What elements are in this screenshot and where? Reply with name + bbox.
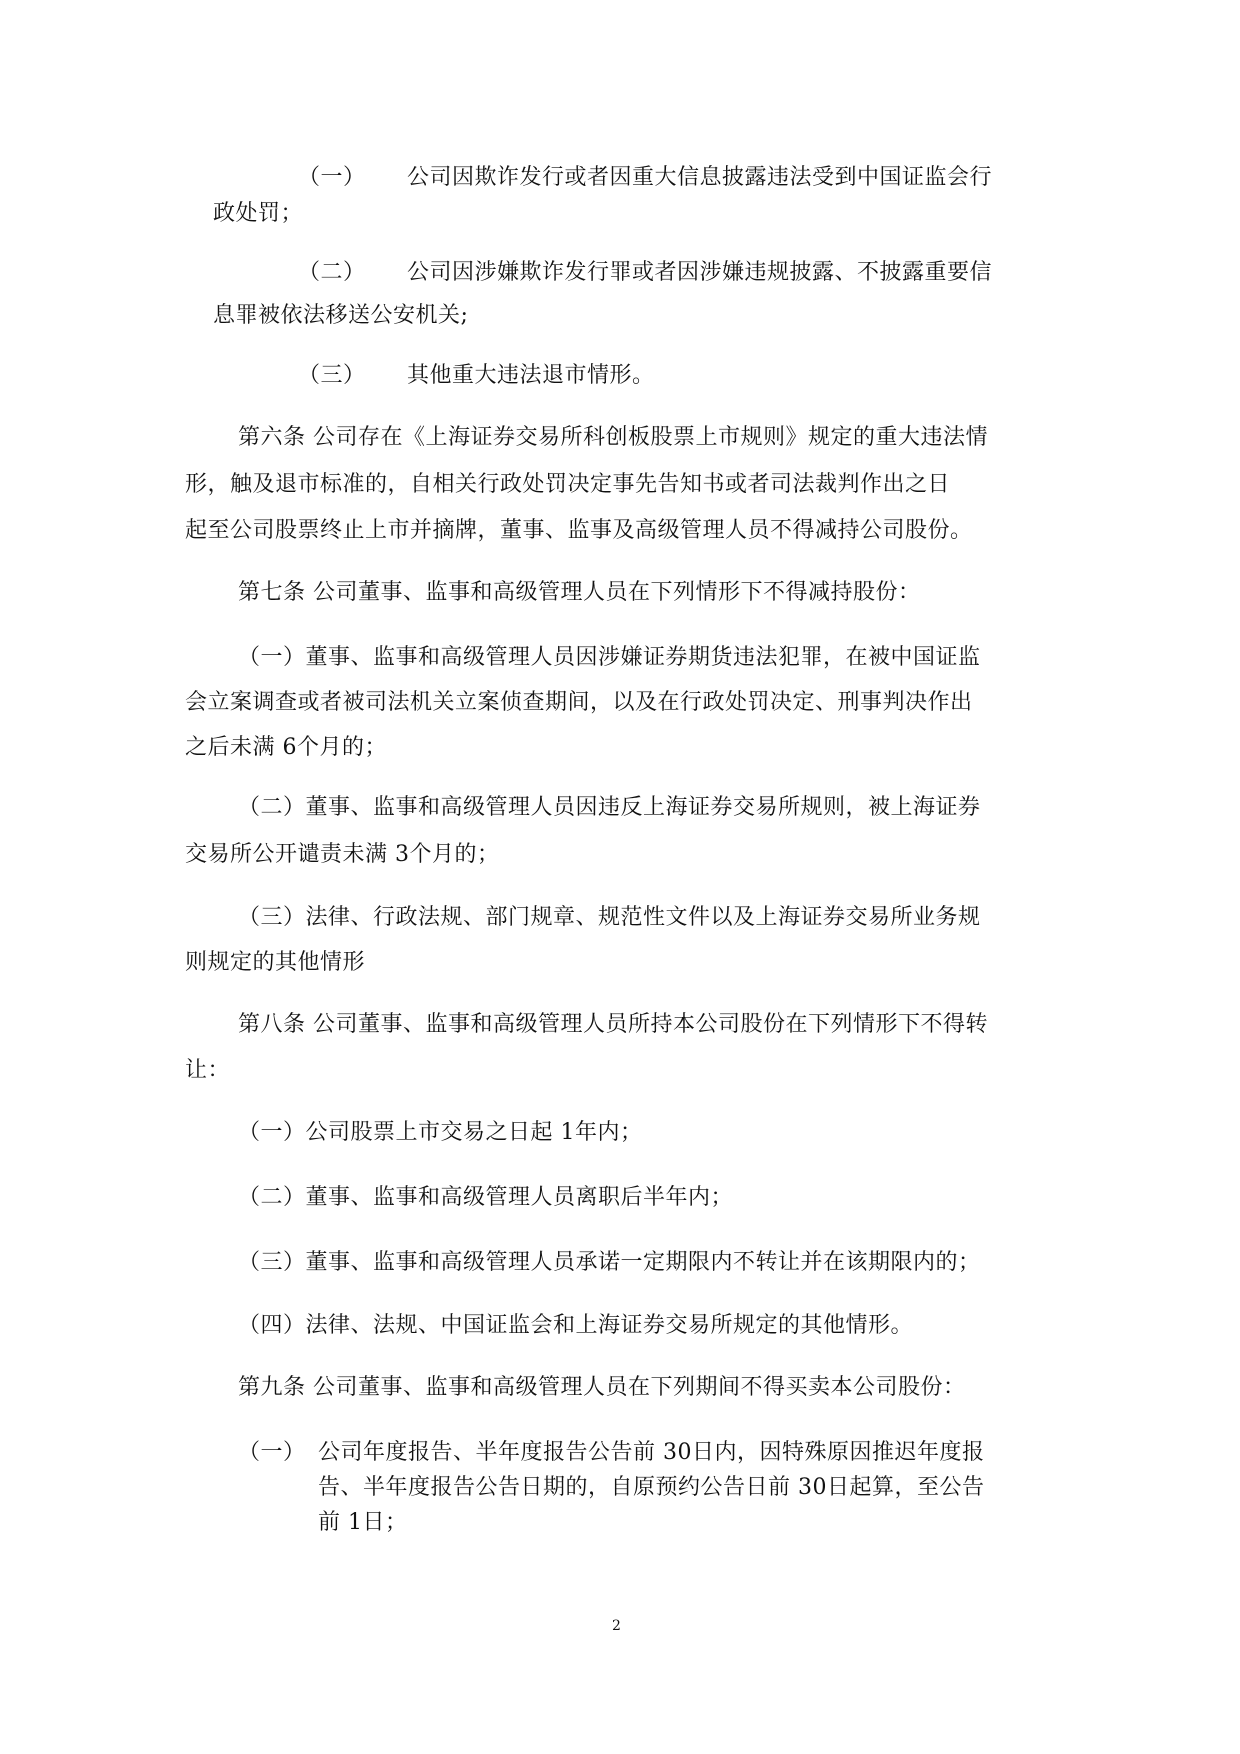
text-line: 之后未满 6个月的；	[185, 735, 387, 761]
text-line: 会立案调查或者被司法机关立案侦查期间，以及在行政处罚决定、刑事判决作出	[185, 690, 973, 716]
text-line: 公司因涉嫌欺诈发行罪或者因涉嫌违规披露、不披露重要信	[407, 260, 992, 286]
text-line: 第八条 公司董事、监事和高级管理人员所持本公司股份在下列情形下不得转	[238, 1012, 988, 1038]
text-line: （一）公司股票上市交易之日起 1年内；	[238, 1120, 643, 1146]
text-line: 交易所公开谴责未满 3个月的；	[185, 842, 500, 868]
text-line: （三）法律、行政法规、部门规章、规范性文件以及上海证券交易所业务规	[238, 905, 981, 931]
text-line: 第六条 公司存在《上海证券交易所科创板股票上市规则》规定的重大违法情	[238, 425, 988, 451]
text-line: （三）	[298, 363, 366, 389]
text-line: 政处罚；	[213, 201, 303, 227]
text-line: 起至公司股票终止上市并摘牌，董事、监事及高级管理人员不得减持公司股份。	[185, 518, 973, 544]
text-line: （四）法律、法规、中国证监会和上海证券交易所规定的其他情形。	[238, 1313, 913, 1339]
text-line: 则规定的其他情形	[185, 950, 365, 976]
text-line: （三）董事、监事和高级管理人员承诺一定期限内不转让并在该期限内的；	[238, 1250, 981, 1276]
page-number: 2	[612, 1618, 621, 1634]
text-line: 告、半年度报告公告日期的，自原预约公告日前 30日起算，至公告	[318, 1475, 985, 1501]
text-line: 第七条 公司董事、监事和高级管理人员在下列情形下不得减持股份：	[238, 580, 921, 606]
text-line: 息罪被依法移送公安机关;	[213, 303, 468, 329]
text-line: 公司因欺诈发行或者因重大信息披露违法受到中国证监会行	[407, 165, 992, 191]
text-line: （一）董事、监事和高级管理人员因涉嫌证券期货违法犯罪，在被中国证监	[238, 645, 981, 671]
text-line: 形，触及退市标准的，自相关行政处罚决定事先告知书或者司法裁判作出之日	[185, 472, 950, 498]
text-line: 让：	[185, 1058, 230, 1084]
text-line: 其他重大违法退市情形。	[407, 363, 655, 389]
text-line: 第九条 公司董事、监事和高级管理人员在下列期间不得买卖本公司股份：	[238, 1375, 966, 1401]
text-line: 公司年度报告、半年度报告公告前 30日内，因特殊原因推迟年度报	[318, 1440, 985, 1466]
text-line: （一）	[238, 1440, 306, 1466]
text-line: （二）董事、监事和高级管理人员离职后半年内；	[238, 1185, 733, 1211]
text-line: （二）	[298, 260, 366, 286]
text-line: （二）董事、监事和高级管理人员因违反上海证券交易所规则，被上海证券	[238, 795, 981, 821]
text-line: 前 1日；	[318, 1510, 408, 1536]
text-line: （一）	[298, 165, 366, 191]
